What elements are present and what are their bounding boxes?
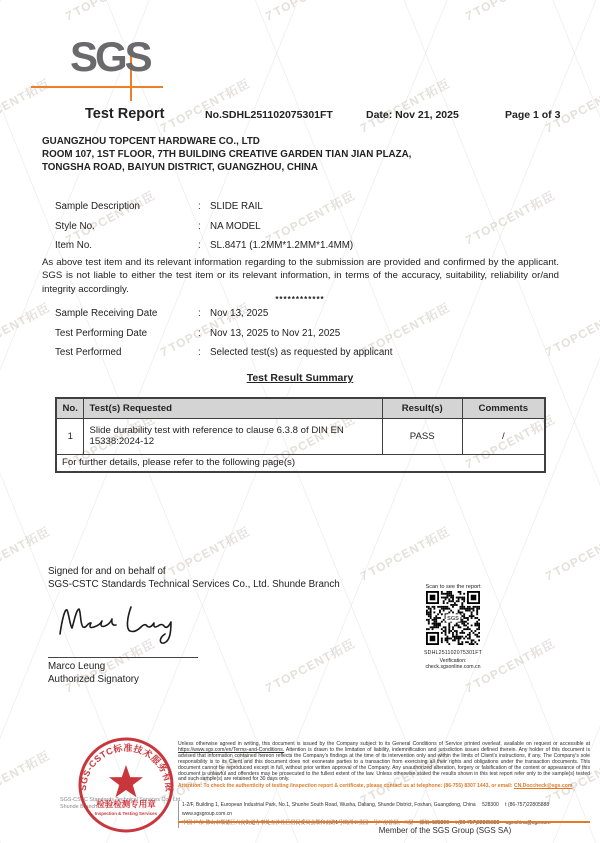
item-no-row: Item No. : SL.8471 (1.2MM*1.2MM*1.4MM)	[55, 240, 560, 251]
address-en-postal: 528300	[482, 802, 499, 808]
signature-line	[48, 657, 198, 658]
table-note-row: For further details, please refer to the…	[56, 454, 545, 472]
signed-for-label: Signed for and on behalf of	[48, 565, 408, 578]
logo-horizontal-line-icon	[31, 86, 163, 88]
sgs-logo-text: SGS	[70, 36, 150, 78]
issuing-company: SGS-CSTC Standards Technical Services Co…	[48, 578, 408, 591]
test-info-block: Sample Receiving Date : Nov 13, 2025 Tes…	[55, 308, 560, 367]
sgs-member-text: Member of the SGS Group (SGS SA)	[300, 826, 590, 835]
sgs-logo: SGS	[0, 0, 200, 110]
test-performed-row: Test Performed : Selected test(s) as req…	[55, 347, 560, 358]
field-value: SLIDE RAIL	[210, 201, 263, 212]
doccheck-email-link[interactable]: CN.Doccheck@sgs.com	[514, 783, 572, 789]
qr-verification-url: check.sgsonline.com.cn	[425, 664, 480, 670]
test-performing-date-row: Test Performing Date : Nov 13, 2025 to N…	[55, 328, 560, 339]
footer-address-en: 1-2/F, Building 1, European Industrial P…	[182, 801, 590, 819]
table-footer-note: For further details, please refer to the…	[56, 454, 545, 472]
cell-comments: /	[462, 418, 545, 454]
signatory-name: Marco Leung	[48, 661, 105, 672]
field-label: Sample Description	[55, 201, 198, 212]
field-label: Sample Receiving Date	[55, 308, 198, 319]
qr-caption: Scan to see the report	[421, 584, 485, 590]
sample-description-row: Sample Description : SLIDE RAIL	[55, 201, 560, 212]
qr-center-label: SGS	[447, 616, 459, 622]
applicant-name: GUANGZHOU TOPCENT HARDWARE CO., LTD	[42, 135, 562, 148]
stamp-star-icon	[109, 765, 143, 797]
qr-report-number: SDHL251102075301FT	[421, 650, 485, 656]
column-header-comments: Comments	[462, 398, 545, 418]
stamp-center-text-cn: 检验检测专用章	[96, 799, 156, 809]
report-number: No.SDHL251102075301FT	[205, 109, 333, 121]
field-value: Nov 13, 2025	[210, 308, 268, 319]
applicant-address-block: GUANGZHOU TOPCENT HARDWARE CO., LTD ROOM…	[42, 135, 562, 174]
page-indicator: Page 1 of 3	[505, 109, 560, 121]
footer-attention-text: Attention: To check the authenticity of …	[178, 784, 590, 790]
qr-block: Scan to see the report SGS SDHL251102075…	[421, 584, 485, 671]
attention-text: Attention: To check the authenticity of …	[178, 783, 514, 789]
report-header-row: Test Report No.SDHL251102075301FT Date: …	[0, 106, 600, 126]
signature-block: Signed for and on behalf of SGS-CSTC Sta…	[48, 565, 408, 591]
field-value: NA MODEL	[210, 221, 261, 232]
signatory-title: Authorized Signatory	[48, 674, 139, 685]
report-date: Date: Nov 21, 2025	[366, 109, 459, 121]
column-header-no: No.	[56, 398, 84, 418]
field-label: Style No.	[55, 221, 198, 232]
disclaimer-paragraph: As above test item and its relevant info…	[42, 256, 559, 296]
sample-receiving-date-row: Sample Receiving Date : Nov 13, 2025	[55, 308, 560, 319]
handwritten-signature	[55, 598, 190, 650]
column-header-tests-requested: Test(s) Requested	[84, 398, 382, 418]
legal-text-part2: Attention is drawn to the limitation of …	[178, 747, 590, 783]
asterisk-separator: ************	[0, 295, 600, 304]
applicant-address-line1: ROOM 107, 1ST FLOOR, 7TH BUILDING CREATI…	[42, 148, 562, 161]
field-value: Selected test(s) as requested by applica…	[210, 347, 392, 358]
field-value: Nov 13, 2025 to Nov 21, 2025	[210, 328, 340, 339]
sample-info-block: Sample Description : SLIDE RAIL Style No…	[55, 201, 560, 260]
column-header-results: Result(s)	[382, 398, 462, 418]
footer-address-block: 1-2/F, Building 1, European Industrial P…	[178, 801, 590, 828]
footer-orange-rule	[178, 821, 590, 823]
footer-legal-text: Unless otherwise agreed in writing, this…	[178, 742, 590, 790]
address-en-text: 1-2/F, Building 1, European Industrial P…	[182, 802, 476, 808]
qr-verification-label: Verification:	[440, 658, 467, 664]
test-report-page: 7TOPCENT拓臣7TOPCENT拓臣7TOPCENT拓臣7TOPCENT拓臣…	[0, 0, 600, 843]
cell-result: PASS	[382, 418, 462, 454]
page-title: Test Report	[85, 106, 165, 122]
table-header-row: No. Test(s) Requested Result(s) Comments	[56, 398, 545, 418]
sgs-website-url: www.sgsgroup.com.cn	[182, 811, 232, 817]
stamp-center-text-en: Inspection & Testing Services	[95, 811, 158, 816]
cell-no: 1	[56, 418, 84, 454]
field-label: Test Performing Date	[55, 328, 198, 339]
table-row: 1 Slide durability test with reference t…	[56, 418, 545, 454]
applicant-address-line2: TONGSHA ROAD, BAIYUN DISTRICT, GUANGZHOU…	[42, 161, 562, 174]
inspection-stamp: SGS-CSTC标准技术服务有限公司 检验检测专用章 Inspection & …	[76, 735, 176, 835]
test-result-summary-title: Test Result Summary	[0, 372, 600, 384]
cell-test-requested: Slide durability test with reference to …	[84, 418, 382, 454]
field-label: Test Performed	[55, 347, 198, 358]
field-value: SL.8471 (1.2MM*1.2MM*1.4MM)	[210, 240, 353, 251]
qr-code: SGS	[426, 591, 480, 645]
test-result-summary-table: No. Test(s) Requested Result(s) Comments…	[55, 397, 546, 473]
field-label: Item No.	[55, 240, 198, 251]
address-en-phone: t (86-757)22805888	[505, 802, 549, 808]
style-no-row: Style No. : NA MODEL	[55, 221, 560, 232]
